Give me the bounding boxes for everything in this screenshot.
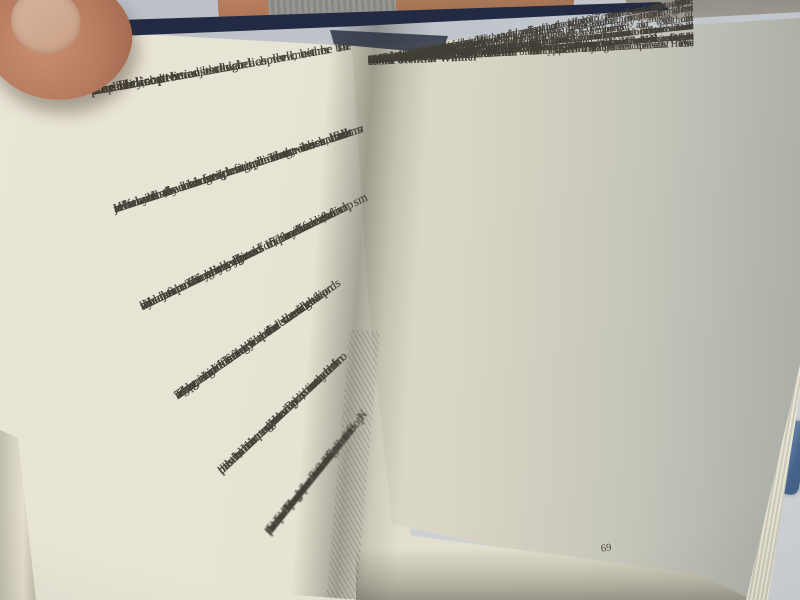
text-line: joint and then to attach a cylinder with… [112,126,350,217]
thumb-nail [5,0,87,60]
book-photo: The Helicopter in a certain direction th… [0,0,800,600]
text-line: surface space and [262,455,332,538]
page-number: 69 [600,542,612,554]
